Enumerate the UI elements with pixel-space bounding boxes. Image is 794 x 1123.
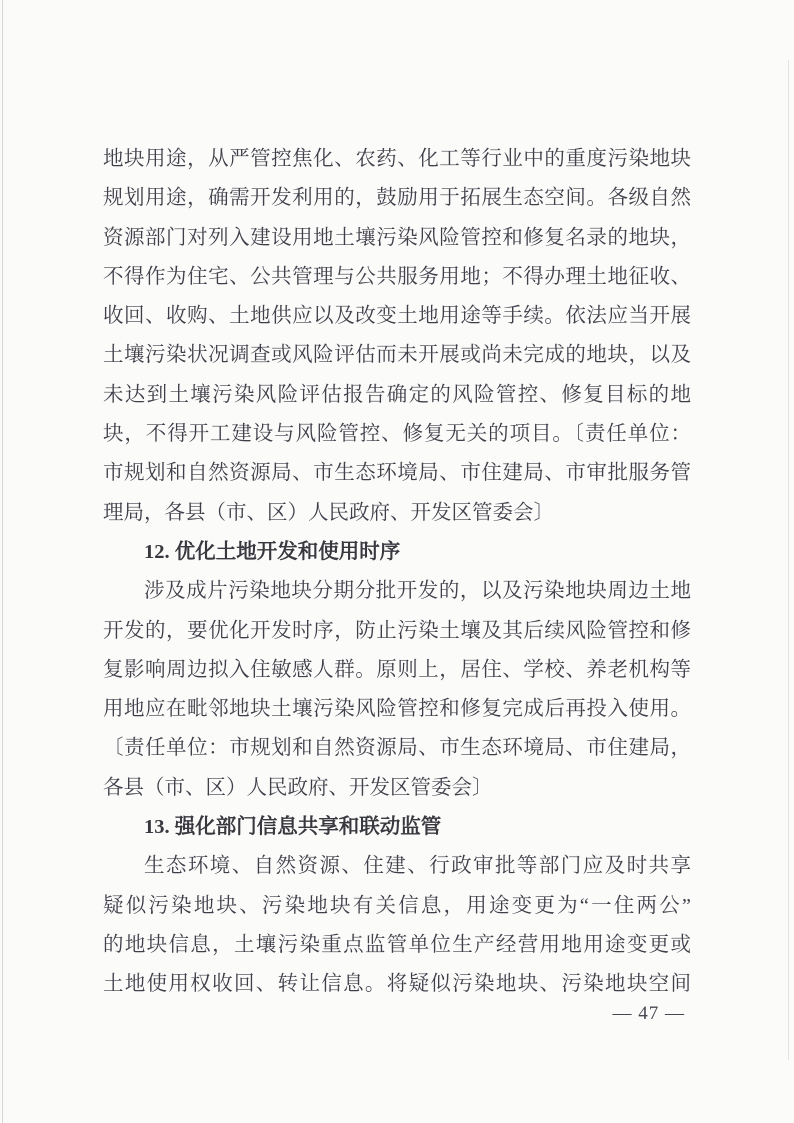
section-heading-12: 12. 优化土地开发和使用时序 <box>103 533 691 572</box>
text-line: 土地使用权收回、转让信息。将疑似污染地块、污染地块空间 <box>103 965 691 1004</box>
text-line: 各县（市、区）人民政府、开发区管委会〕 <box>103 769 691 808</box>
text-line: 〔责任单位：市规划和自然资源局、市生态环境局、市住建局， <box>103 729 691 768</box>
text-line: 地块用途，从严管控焦化、农药、化工等行业中的重度污染地块 <box>103 140 691 179</box>
text-block: 地块用途，从严管控焦化、农药、化工等行业中的重度污染地块 规划用途，确需开发利用… <box>103 140 691 1005</box>
text-line: 开发的，要优化开发时序，防止污染土壤及其后续风险管控和修 <box>103 612 691 651</box>
text-line: 理局，各县（市、区）人民政府、开发区管委会〕 <box>103 494 691 533</box>
text-line: 土壤污染状况调查或风险评估而未开展或尚未完成的地块，以及 <box>103 336 691 375</box>
text-line: 资源部门对列入建设用地土壤污染风险管控和修复名录的地块， <box>103 219 691 258</box>
text-line: 生态环境、自然资源、住建、行政审批等部门应及时共享 <box>103 847 691 886</box>
section-heading-13: 13. 强化部门信息共享和联动监管 <box>103 808 691 847</box>
text-line: 规划用途，确需开发利用的，鼓励用于拓展生态空间。各级自然 <box>103 179 691 218</box>
scan-edge-right <box>788 60 789 1060</box>
text-line: 的地块信息，土壤污染重点监管单位生产经营用地用途变更或 <box>103 926 691 965</box>
text-line: 复影响周边拟入住敏感人群。原则上，居住、学校、养老机构等 <box>103 651 691 690</box>
text-line: 不得作为住宅、公共管理与公共服务用地；不得办理土地征收、 <box>103 258 691 297</box>
text-line: 收回、收购、土地供应以及改变土地用途等手续。依法应当开展 <box>103 297 691 336</box>
text-line: 块，不得开工建设与风险管控、修复无关的项目。〔责任单位： <box>103 415 691 454</box>
text-line: 未达到土壤污染风险评估报告确定的风险管控、修复目标的地 <box>103 376 691 415</box>
text-line: 涉及成片污染地块分期分批开发的，以及污染地块周边土地 <box>103 572 691 611</box>
text-line: 市规划和自然资源局、市生态环境局、市住建局、市审批服务管 <box>103 454 691 493</box>
text-line: 用地应在毗邻地块土壤污染风险管控和修复完成后再投入使用。 <box>103 690 691 729</box>
scan-edge-left <box>2 0 3 1123</box>
page-number: — 47 — <box>103 1000 691 1028</box>
text-line: 疑似污染地块、污染地块有关信息，用途变更为“一住两公” <box>103 887 691 926</box>
